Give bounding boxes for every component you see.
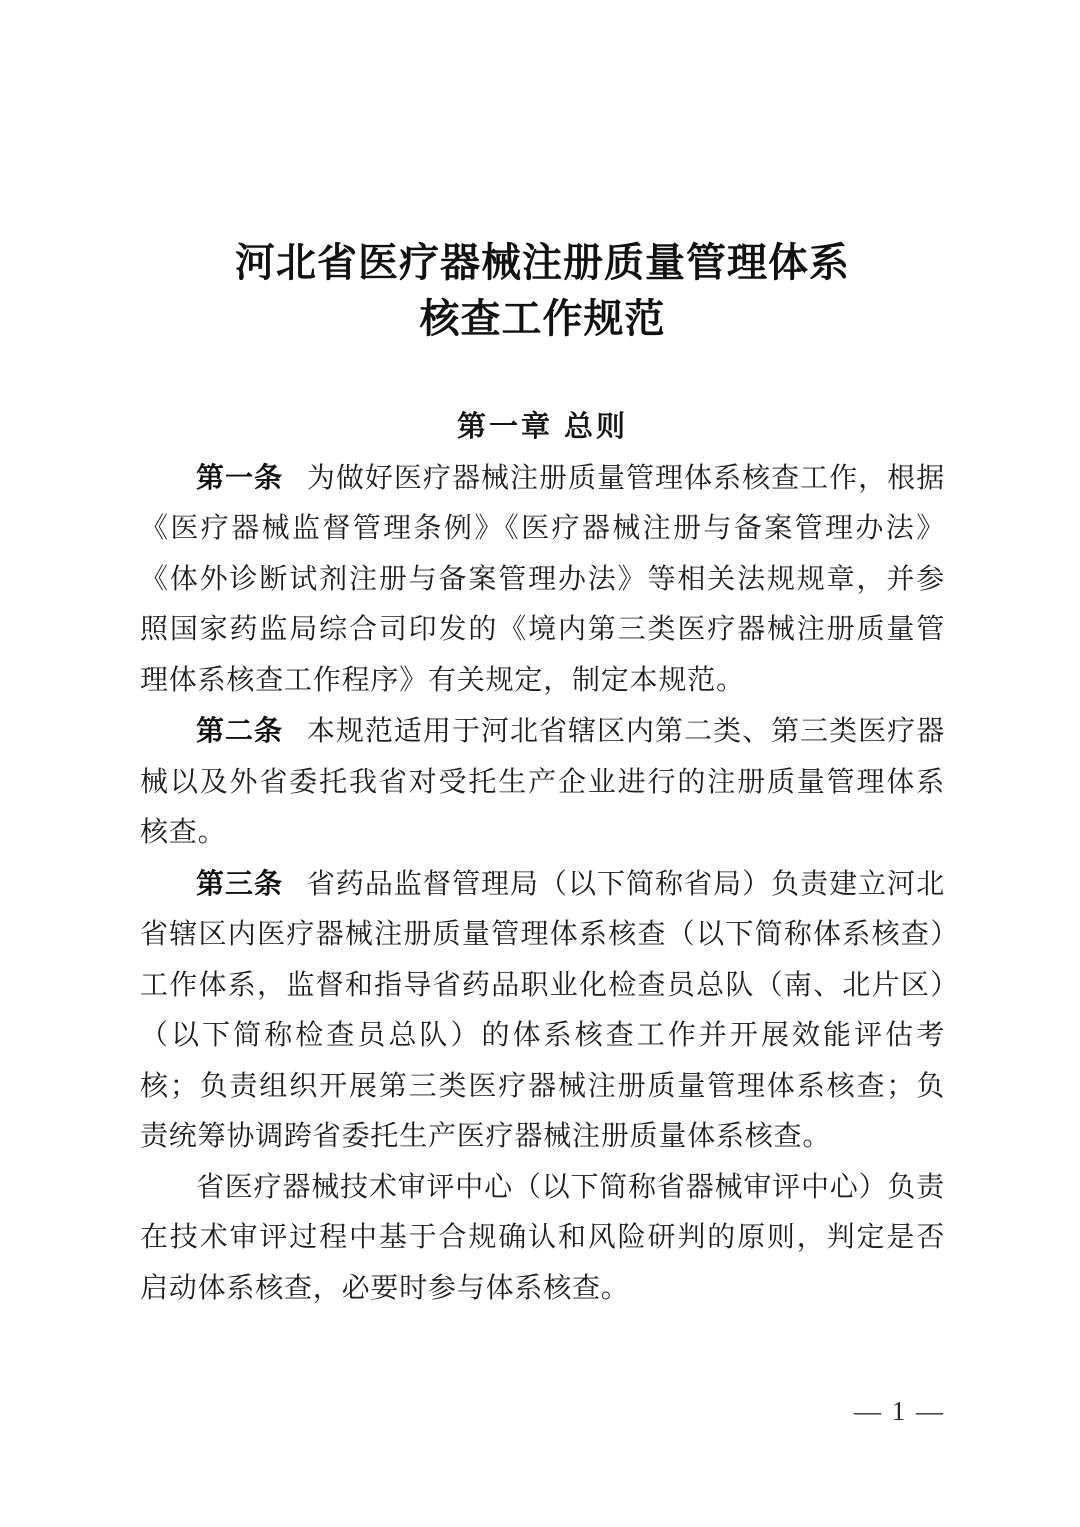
paragraph-text: 省医疗器械技术审评中心（以下简称省器械审评中心）负责在技术审评过程中基于合规确认… (140, 1172, 945, 1304)
title-line-1: 河北省医疗器械注册质量管理体系 (140, 235, 945, 291)
document-page: 河北省医疗器械注册质量管理体系 核查工作规范 第一章 总则 第一条为做好医疗器械… (0, 0, 1080, 1527)
paragraph-text: 省药品监督管理局（以下简称省局）负责建立河北省辖区内医疗器械注册质量管理体系核查… (140, 869, 945, 1153)
document-body: 第一条为做好医疗器械注册质量管理体系核查工作，根据《医疗器械监督管理条例》《医疗… (140, 453, 945, 1315)
page-number: — 1 — (854, 1396, 945, 1427)
article-number: 第一条 (196, 462, 283, 493)
chapter-heading: 第一章 总则 (140, 409, 945, 447)
article-number: 第三条 (196, 868, 283, 899)
paragraph: 省医疗器械技术审评中心（以下简称省器械审评中心）负责在技术审评过程中基于合规确认… (140, 1163, 945, 1315)
paragraph: 第一条为做好医疗器械注册质量管理体系核查工作，根据《医疗器械监督管理条例》《医疗… (140, 453, 945, 707)
document-title: 河北省医疗器械注册质量管理体系 核查工作规范 (140, 235, 945, 347)
paragraph-text: 为做好医疗器械注册质量管理体系核查工作，根据《医疗器械监督管理条例》《医疗器械注… (140, 463, 945, 696)
title-line-2: 核查工作规范 (140, 291, 945, 347)
paragraph: 第三条省药品监督管理局（以下简称省局）负责建立河北省辖区内医疗器械注册质量管理体… (140, 859, 945, 1163)
paragraph: 第二条本规范适用于河北省辖区内第二类、第三类医疗器械以及外省委托我省对受托生产企… (140, 706, 945, 859)
article-number: 第二条 (196, 715, 283, 746)
